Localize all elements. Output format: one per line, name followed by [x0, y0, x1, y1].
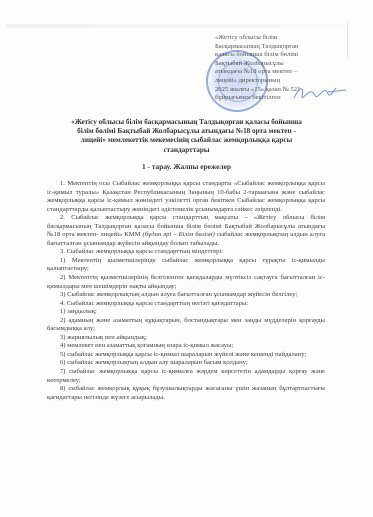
- document-title: «Жетісу облысы білім басқармасының Талды…: [30, 118, 343, 155]
- paragraph: 3) жариялылық пен айқындық;: [47, 334, 325, 343]
- paragraph-italic: (бұдан әрі – Білім бөлімі): [143, 231, 215, 238]
- paragraph: 5) сыбайлас жемқорлыққа қарсы іс-қимыл ш…: [47, 351, 325, 360]
- paragraph: 2) адамның және азаматтың құқықтарын, бо…: [47, 317, 325, 334]
- scan-artifact: [6, 24, 346, 28]
- paragraph: 1. Мектептің осы Сыбайлас жемқорлыққа қа…: [47, 180, 325, 214]
- title-line: лицейі» мемлекеттік мекемесінің сыбайлас…: [30, 136, 343, 145]
- title-line: «Жетісу облысы білім басқармасының Талды…: [30, 118, 343, 127]
- document-page: «Жетісу облысы білім Басқармасының Талды…: [0, 0, 373, 517]
- paragraph: 4) мемлекет пен азаматтық қоғамның өзара…: [47, 342, 325, 351]
- paragraph: 3) Сыбайлас жемқорлықтың алдын алуға бағ…: [47, 291, 325, 300]
- approval-line: Басқармасының Талдықорған: [215, 43, 345, 52]
- section-heading: 1 - тарау. Жалпы ережелер: [30, 162, 343, 171]
- title-line: стандарттары: [30, 146, 343, 155]
- page-edge-line: [347, 20, 348, 60]
- approval-line: «Жетісу облысы білім: [215, 34, 345, 43]
- document-body: 1. Мектептің осы Сыбайлас жемқорлыққа қа…: [47, 180, 325, 402]
- paragraph: 7) сыбайлас жемқорлыққа қарсы іс-қимылға…: [47, 368, 325, 385]
- paragraph: 2) Мектептің қызметшілерінің белгіленген…: [47, 274, 325, 291]
- approval-line: қаласы бойынша білім бөлімі: [215, 51, 345, 60]
- signature-icon: [290, 82, 348, 106]
- paragraph: 6) сыбайлас жемқорлықтың алдын алу шарал…: [47, 359, 325, 368]
- paragraph: 3. Сыбайлас жемқорлыққа қарсы стандартты…: [47, 248, 325, 257]
- paragraph: 1) заңдылық;: [47, 308, 325, 317]
- approval-line: атындағы №18 орта мектеп –: [215, 68, 345, 77]
- paragraph: 4. Сыбайлас жемқорлыққа қарсы стандартты…: [47, 300, 325, 309]
- paragraph: 2. Сыбайлас жемқорлыққа қарсы стандартты…: [47, 214, 325, 248]
- paragraph: 8) сыбайлас жемқорлық құқық бұзушылықтар…: [47, 385, 325, 402]
- approval-line: Бақтыбай Жолбарысұлы: [215, 60, 345, 69]
- paragraph: 1) Мектептің қызметшілерінде сыбайлас же…: [47, 257, 325, 274]
